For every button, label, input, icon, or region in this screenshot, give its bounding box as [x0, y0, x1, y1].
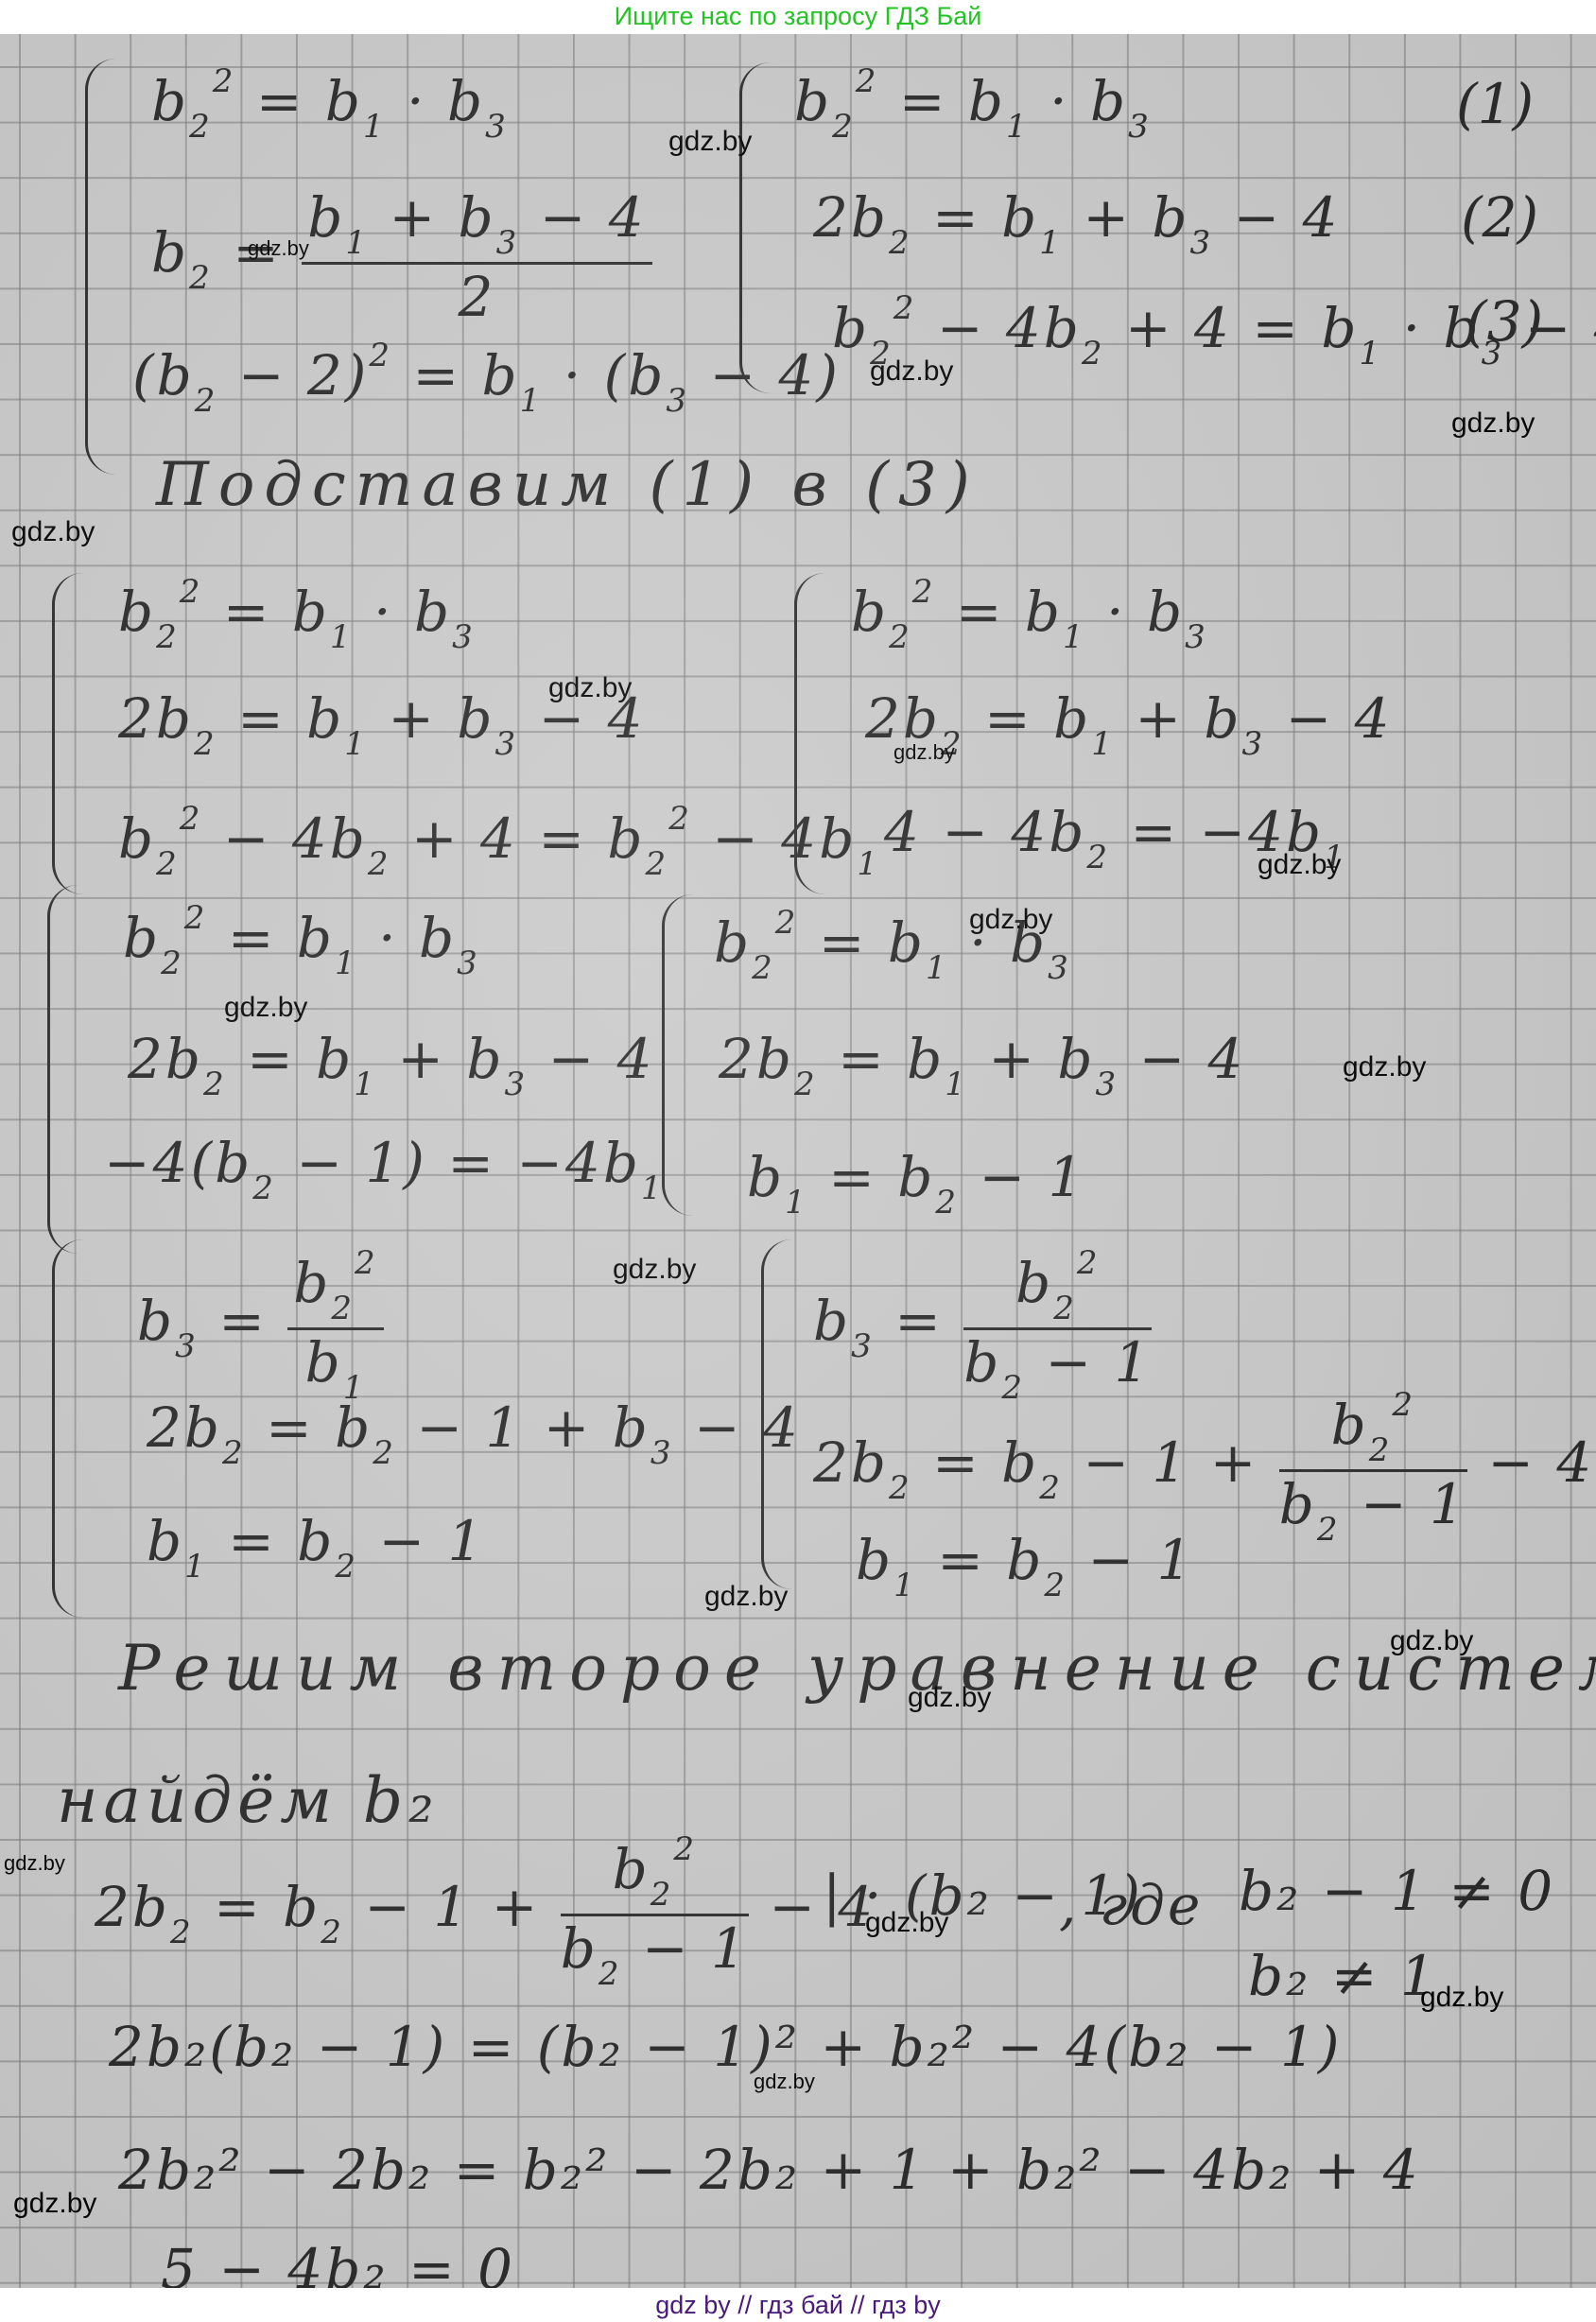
watermark: gdz.by	[668, 126, 752, 158]
equation: −4(b2 − 1) = −4b1	[104, 1131, 665, 1207]
system-brace	[85, 59, 116, 475]
watermark: gdz.by	[893, 740, 955, 765]
equation: 2b2 = b2 − 1 + b22b2 − 1 − 4	[813, 1386, 1594, 1549]
watermark: gdz.by	[1390, 1625, 1473, 1657]
equation: 2b2 = b2 − 1 + b22b2 − 1 − 4	[95, 1830, 876, 1993]
system-brace	[794, 573, 825, 894]
watermark: gdz.by	[11, 516, 95, 548]
system-brace	[761, 1239, 792, 1589]
instruction-text: Подставим (1) в (3)	[156, 450, 980, 520]
equation: b22 − 4b2 + 4 = b22 − 4b1	[118, 800, 880, 883]
equation-label: (3)	[1466, 289, 1543, 354]
system-brace	[52, 573, 83, 894]
watermark: gdz.by	[4, 1851, 65, 1876]
watermark: gdz.by	[870, 355, 953, 388]
equation: b1 = b2 − 1	[747, 1145, 1085, 1222]
system-brace	[47, 885, 78, 1254]
equation: 2b2 = b1 + b3 − 4	[813, 185, 1341, 262]
equation: b22 = b1 · b3	[851, 573, 1208, 656]
condition: b₂ − 1 ≠ 0	[1239, 1859, 1555, 1923]
condition: b₂ ≠ 1	[1248, 1944, 1438, 2008]
system-brace	[739, 62, 771, 393]
system-brace	[662, 894, 693, 1216]
equation: 2b2 = b1 + b3 − 4	[719, 1027, 1246, 1103]
watermark: gdz.by	[865, 1907, 948, 1939]
watermark: gdz.by	[969, 904, 1052, 936]
watermark: gdz.by	[248, 236, 309, 261]
where-note: , где	[1059, 1873, 1203, 1937]
equation: b1 = b2 − 1	[147, 1509, 485, 1586]
equation: b3 = b22b2 − 1	[813, 1244, 1152, 1407]
search-hint-link[interactable]: Ищите нас по запросу ГДЗ Бай	[615, 2, 982, 30]
watermark: gdz.by	[704, 1581, 788, 1613]
instruction-text: Решим второе уравнение системы и	[118, 1632, 1596, 1705]
watermark: gdz.by	[13, 2188, 96, 2220]
equation-step: 5 − 4b₂ = 0	[161, 2237, 515, 2288]
equation-label: (2)	[1461, 185, 1538, 250]
equation: (b2 − 2)2 = b1 · (b3 − 4)	[132, 337, 841, 420]
watermark: gdz.by	[224, 992, 307, 1024]
watermark: gdz.by	[754, 2070, 815, 2094]
equation: 2b2 = b2 − 1 + b3 − 4	[147, 1395, 801, 1472]
watermark: gdz.by	[1258, 849, 1341, 881]
equation: b2 = b1 + b3 − 42	[151, 185, 652, 329]
watermark: gdz.by	[548, 672, 632, 704]
watermark: gdz.by	[1451, 407, 1535, 440]
watermark: gdz.by	[613, 1254, 696, 1286]
equation-step: 2b₂² − 2b₂ = b₂² − 2b₂ + 1 + b₂² − 4b₂ +…	[118, 2138, 1421, 2202]
equation: b22 = b1 · b3	[123, 899, 480, 982]
equation-label: (1)	[1456, 72, 1534, 136]
top-banner: Ищите нас по запросу ГДЗ Бай	[0, 0, 1596, 34]
equation: b22 = b1 · b3	[118, 573, 476, 656]
equation: 2b2 = b1 + b3 − 4	[128, 1027, 655, 1103]
notebook-page: b22 = b1 · b3 b2 = b1 + b3 − 42 (b2 − 2)…	[0, 34, 1596, 2288]
equation: b22 = b1 · b3	[794, 62, 1152, 146]
instruction-text: найдём b₂	[57, 1764, 440, 1837]
equation: b3 = b22b1	[137, 1244, 384, 1407]
equation: b22 = b1 · b3	[151, 62, 509, 146]
watermark: gdz.by	[908, 1682, 991, 1714]
equation-step: 2b₂(b₂ − 1) = (b₂ − 1)² + b₂² − 4(b₂ − 1…	[109, 2015, 1343, 2079]
footer: gdz by // гдз бай // гдз by	[0, 2288, 1596, 2322]
watermark: gdz.by	[1420, 1982, 1503, 2014]
system-brace	[52, 1239, 83, 1618]
equation: b1 = b2 − 1	[856, 1528, 1194, 1604]
footer-links[interactable]: gdz by // гдз бай // гдз by	[655, 2291, 941, 2319]
watermark: gdz.by	[1343, 1051, 1426, 1083]
